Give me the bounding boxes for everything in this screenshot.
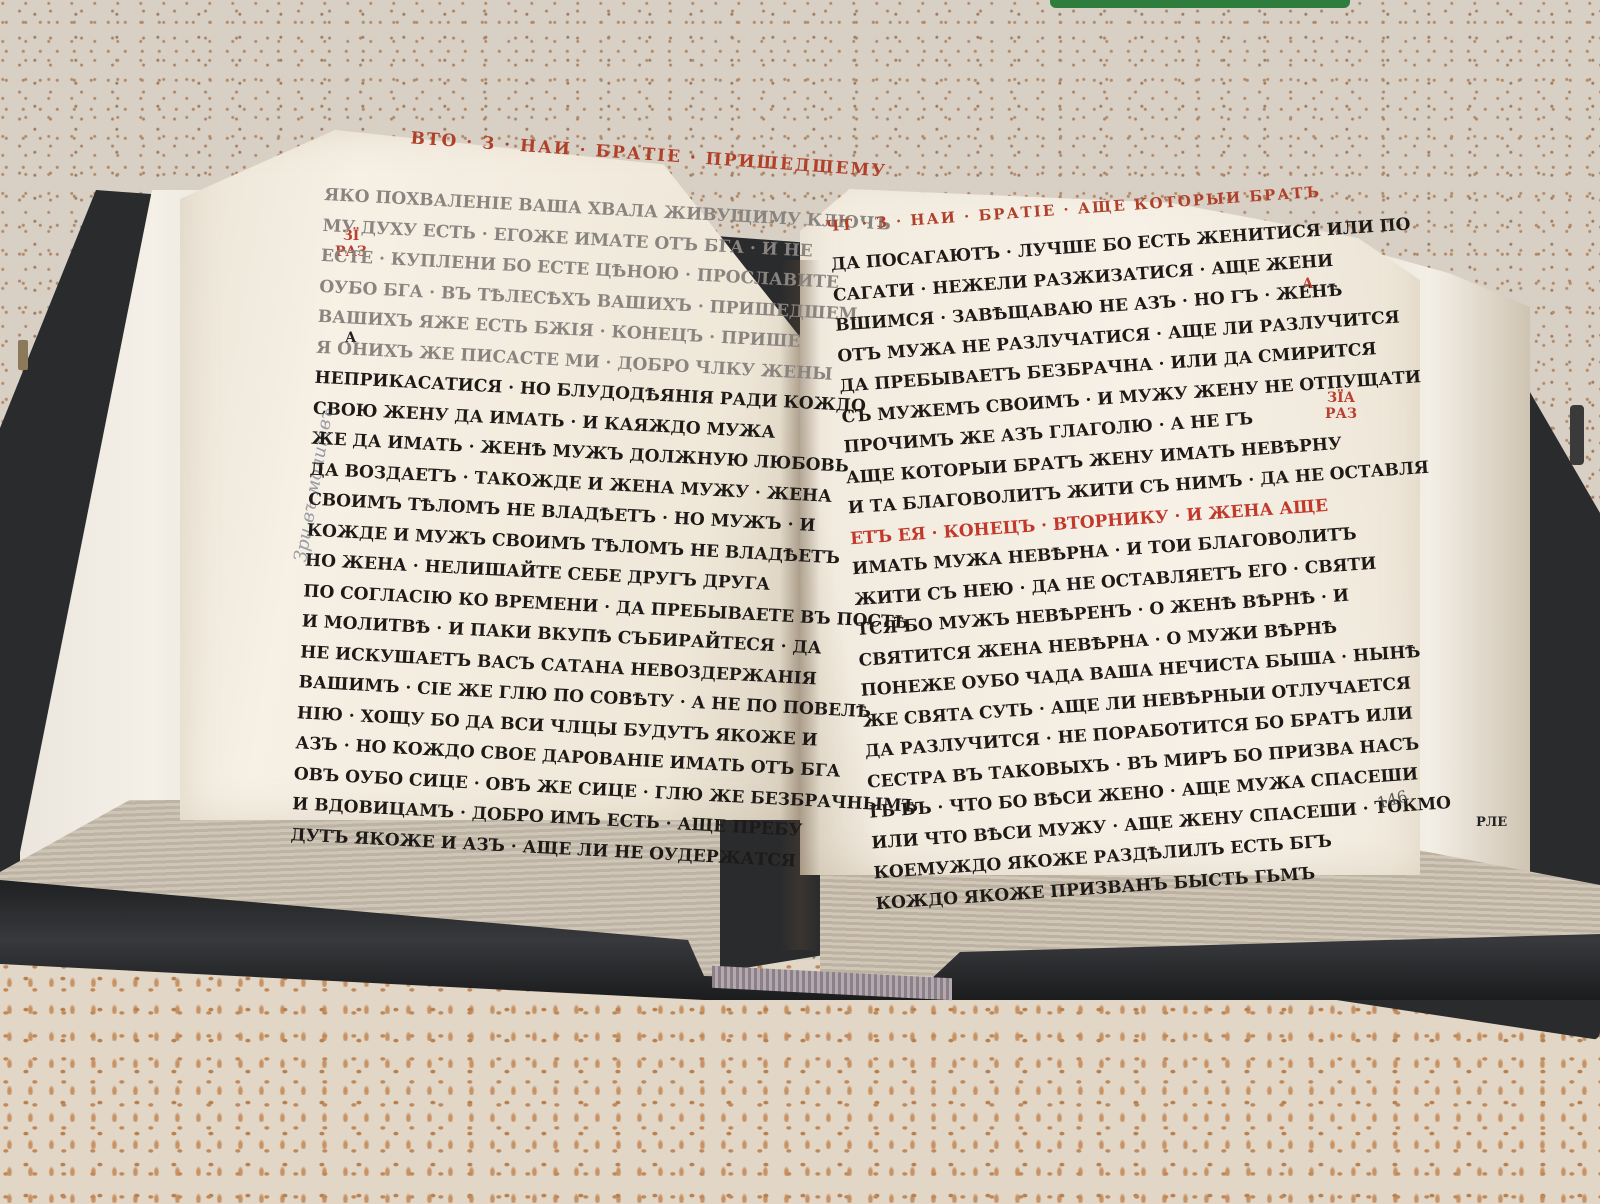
green-object [1050, 0, 1350, 8]
folio-number-ink: РЛЕ [1476, 815, 1507, 830]
cover-clasp-right [1570, 405, 1584, 465]
cover-clasp-left [18, 340, 28, 370]
right-page-text: ДА ПОСАГАЮТЪ · ЛУЧШЕ БО ЕСТЬ ЖЕНИТИСЯ ИЛ… [830, 209, 1458, 919]
